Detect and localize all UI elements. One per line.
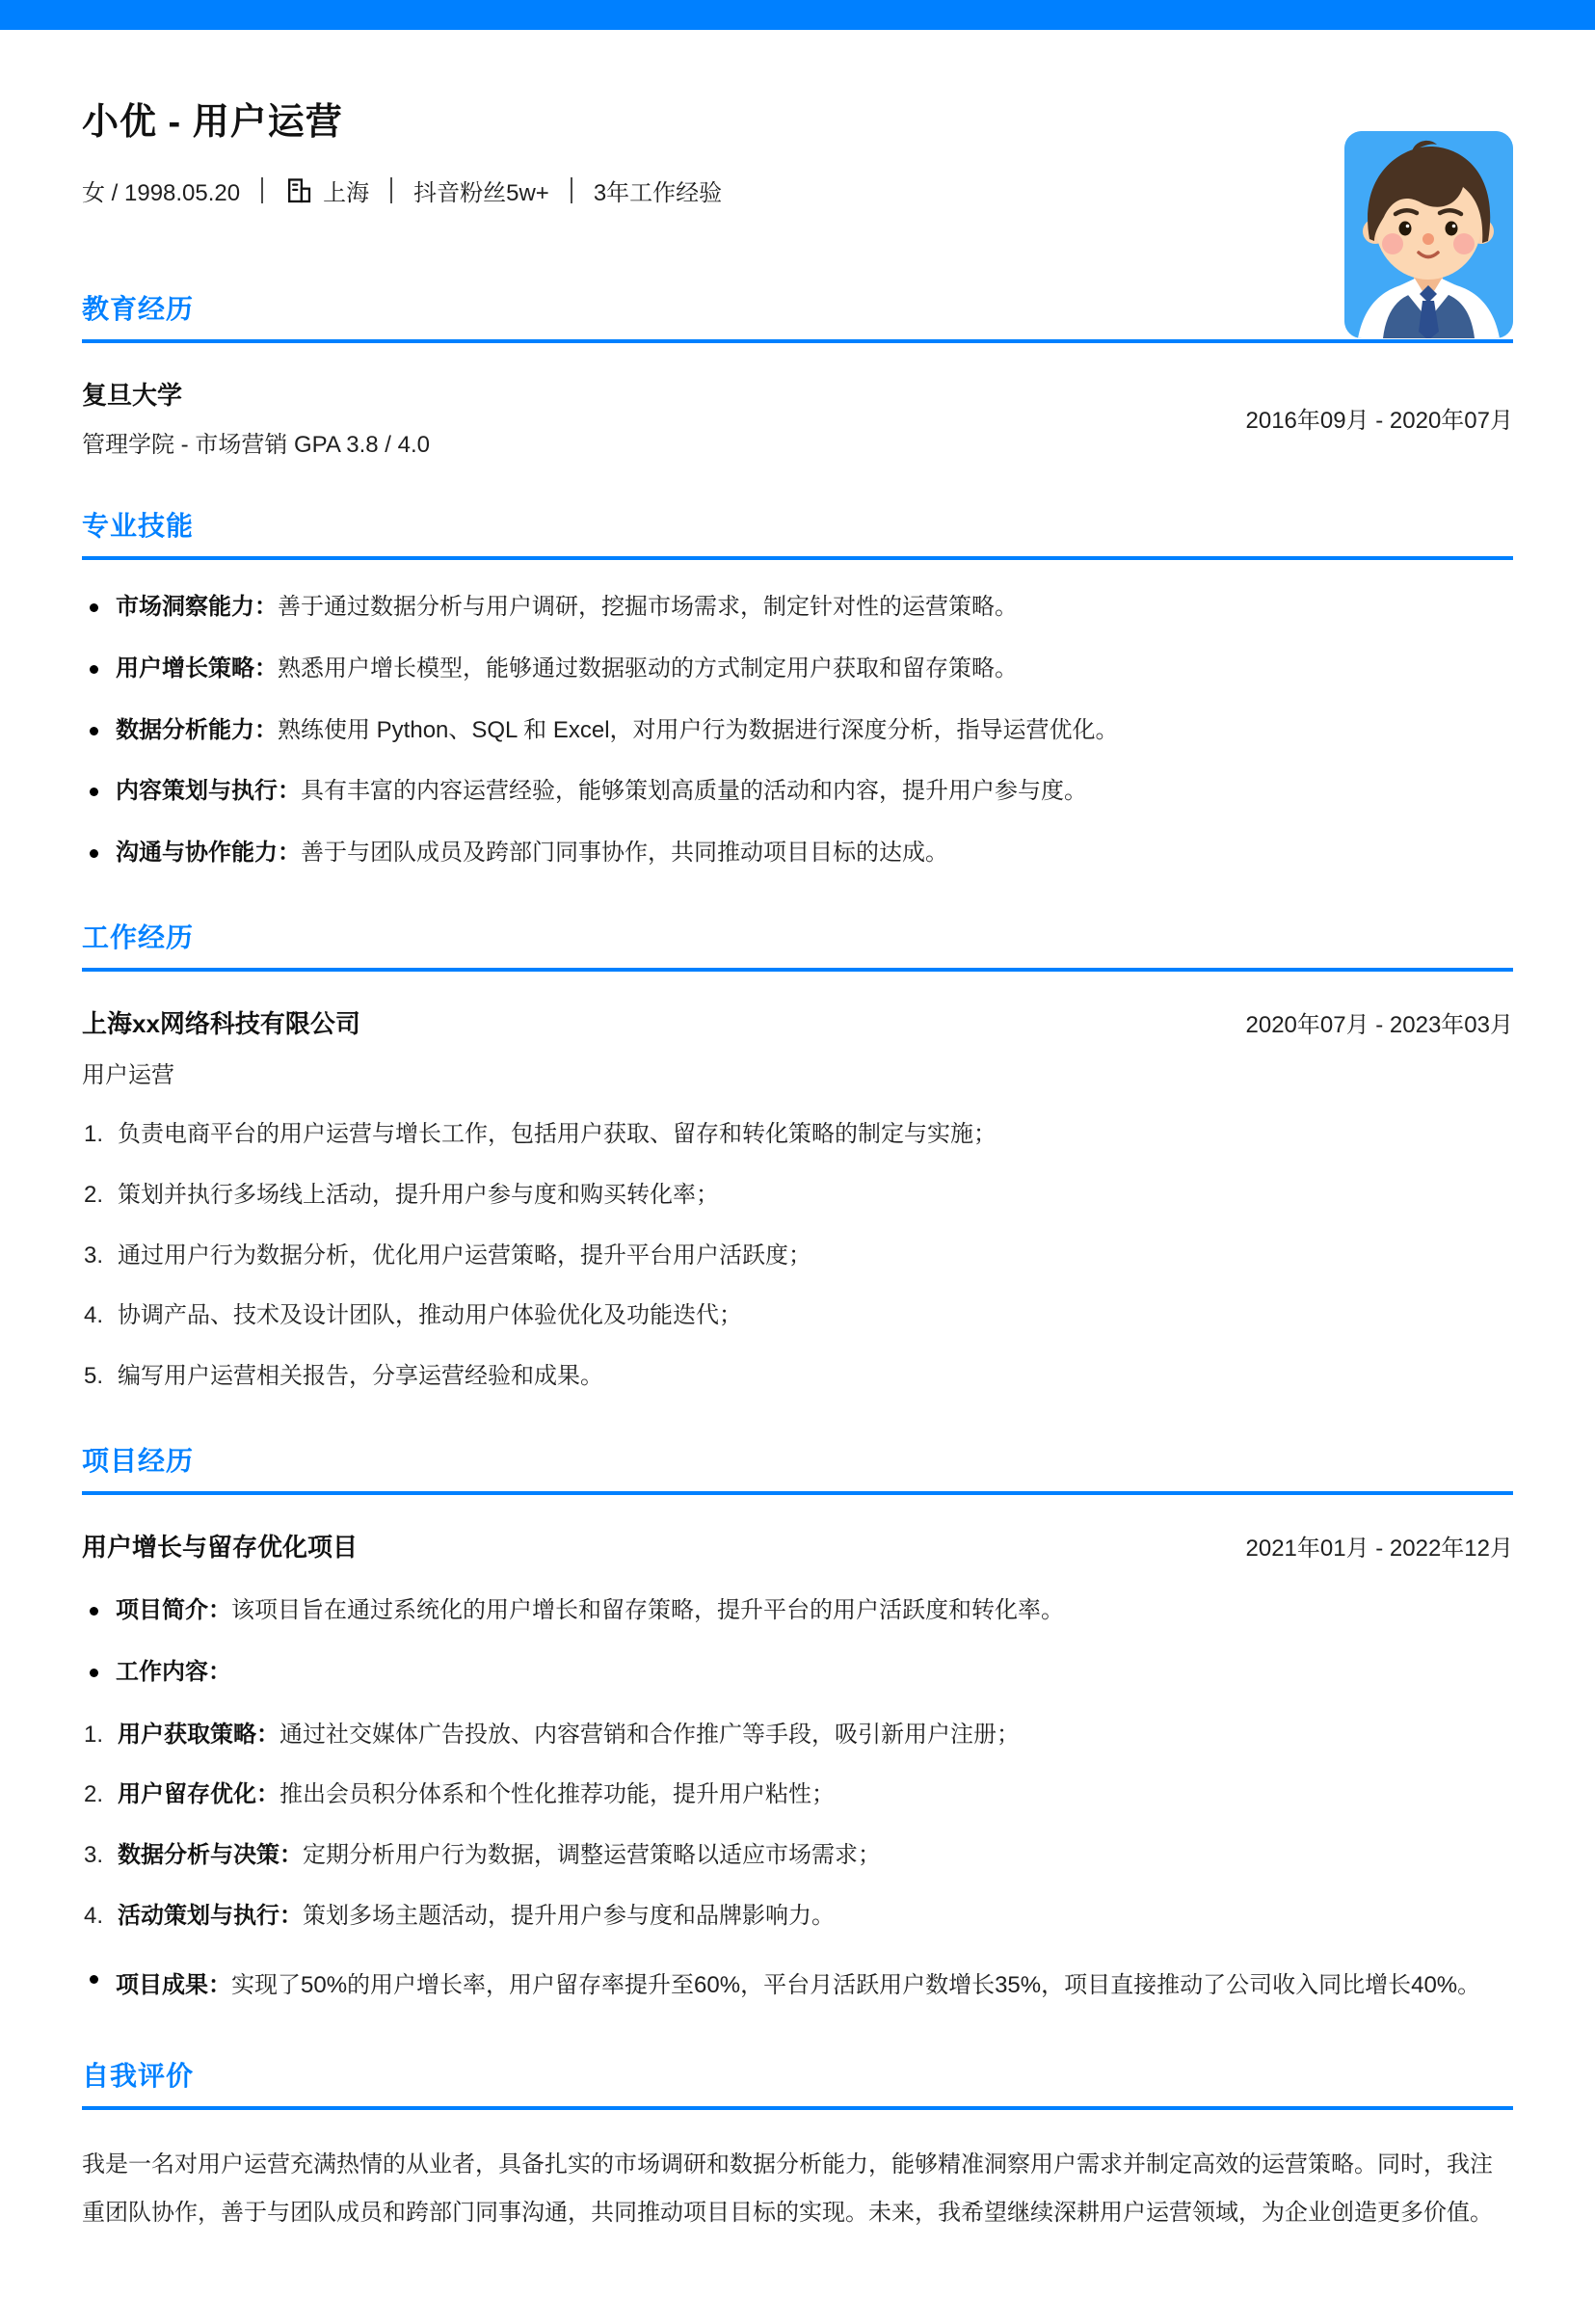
task-item: 活动策划与执行：策划多场主题活动，提升用户参与度和品牌影响力。 [82, 1900, 1513, 1934]
education-entry: 复旦大学 管理学院 - 市场营销 GPA 3.8 / 4.0 [82, 376, 430, 459]
divider [390, 177, 392, 203]
personal-info-row: 女 / 1998.05.20 上海 抖音粉丝5w+ 3年工作经验 [82, 174, 1513, 207]
project-name: 用户增长与留存优化项目 [82, 1528, 358, 1563]
project-result-list: 项目成果：实现了50%的用户增长率，用户留存率提升至60%，平台月活跃用户数增长… [82, 1963, 1513, 2009]
top-accent-bar [0, 0, 1595, 30]
section-title-skills: 专业技能 [82, 505, 1513, 560]
duty-item: 协调产品、技术及设计团队，推动用户体验优化及功能迭代； [82, 1299, 1513, 1333]
resume-page: 小优 - 用户运营 女 / 1998.05.20 上海 抖音粉丝5w+ 3年工作… [0, 92, 1595, 2324]
company-name: 上海xx网络科技有限公司 [82, 1004, 360, 1040]
info-experience: 3年工作经验 [594, 174, 722, 207]
work-date: 2020年07月 - 2023年03月 [1246, 1005, 1514, 1039]
duty-item: 编写用户运营相关报告，分享运营经验和成果。 [82, 1360, 1513, 1394]
info-location-label: 上海 [323, 174, 369, 207]
bullet-icon [90, 665, 98, 674]
duty-item: 策划并执行多场线上活动，提升用户参与度和购买转化率； [82, 1179, 1513, 1213]
project-content-heading: 工作内容： [82, 1656, 1513, 1690]
bullet-icon [90, 727, 98, 735]
section-education: 教育经历 复旦大学 管理学院 - 市场营销 GPA 3.8 / 4.0 2016… [82, 288, 1513, 459]
bullet-icon [90, 788, 98, 796]
section-project: 项目经历 用户增长与留存优化项目 2021年01月 - 2022年12月 项目简… [82, 1440, 1513, 2009]
section-evaluation: 自我评价 我是一名对用户运营充满热情的从业者，具备扎实的市场调研和数据分析能力，… [82, 2055, 1513, 2237]
info-basic: 女 / 1998.05.20 [82, 174, 240, 207]
school-name: 复旦大学 [82, 376, 430, 412]
info-location: 上海 [284, 174, 369, 207]
profile-photo [1344, 131, 1513, 338]
skill-item: 沟通与协作能力：善于与团队成员及跨部门同事协作，共同推动项目目标的达成。 [82, 837, 1513, 870]
divider [261, 177, 263, 203]
section-skills: 专业技能 市场洞察能力：善于通过数据分析与用户调研，挖掘市场需求，制定针对性的运… [82, 505, 1513, 870]
skill-item: 内容策划与执行：具有丰富的内容运营经验，能够策划高质量的活动和内容，提升用户参与… [82, 775, 1513, 809]
section-title-work: 工作经历 [82, 917, 1513, 972]
duty-item: 负责电商平台的用户运营与增长工作，包括用户获取、留存和转化策略的制定与实施； [82, 1118, 1513, 1152]
skill-item: 市场洞察能力：善于通过数据分析与用户调研，挖掘市场需求，制定针对性的运营策略。 [82, 591, 1513, 625]
duty-item: 通过用户行为数据分析，优化用户运营策略，提升平台用户活跃度； [82, 1240, 1513, 1273]
bullet-icon [90, 1669, 98, 1677]
project-date: 2021年01月 - 2022年12月 [1246, 1529, 1514, 1563]
project-summary-list: 项目简介：该项目旨在通过系统化的用户增长和留存策略，提升平台的用户活跃度和转化率… [82, 1594, 1513, 1690]
candidate-name: 小优 - 用户运营 [82, 92, 1513, 145]
divider [571, 177, 572, 203]
project-tasks-list: 用户获取策略：通过社交媒体广告投放、内容营销和合作推广等手段，吸引新用户注册； … [82, 1719, 1513, 1934]
task-item: 用户获取策略：通过社交媒体广告投放、内容营销和合作推广等手段，吸引新用户注册； [82, 1719, 1513, 1752]
task-item: 用户留存优化：推出会员积分体系和个性化推荐功能，提升用户粘性； [82, 1778, 1513, 1812]
skill-item: 数据分析能力：熟练使用 Python、SQL 和 Excel，对用户行为数据进行… [82, 714, 1513, 748]
school-detail: 管理学院 - 市场营销 GPA 3.8 / 4.0 [82, 425, 430, 459]
task-item: 数据分析与决策：定期分析用户行为数据，调整运营策略以适应市场需求； [82, 1839, 1513, 1873]
project-result: 项目成果：实现了50%的用户增长率，用户留存率提升至60%，平台月活跃用户数增长… [82, 1963, 1513, 2009]
bullet-icon [90, 1975, 98, 1984]
job-title: 用户运营 [82, 1055, 1513, 1089]
project-intro: 项目简介：该项目旨在通过系统化的用户增长和留存策略，提升平台的用户活跃度和转化率… [82, 1594, 1513, 1628]
building-icon [284, 176, 313, 205]
bullet-icon [90, 603, 98, 612]
bullet-icon [90, 849, 98, 858]
section-work: 工作经历 上海xx网络科技有限公司 2020年07月 - 2023年03月 用户… [82, 917, 1513, 1394]
evaluation-text: 我是一名对用户运营充满热情的从业者，具备扎实的市场调研和数据分析能力，能够精准洞… [82, 2141, 1513, 2237]
section-title-education: 教育经历 [82, 288, 1513, 343]
skills-list: 市场洞察能力：善于通过数据分析与用户调研，挖掘市场需求，制定针对性的运营策略。 … [82, 591, 1513, 870]
work-duties-list: 负责电商平台的用户运营与增长工作，包括用户获取、留存和转化策略的制定与实施； 策… [82, 1118, 1513, 1394]
skill-item: 用户增长策略：熟悉用户增长模型，能够通过数据驱动的方式制定用户获取和留存策略。 [82, 653, 1513, 686]
info-fans: 抖音粉丝5w+ [413, 174, 549, 207]
bullet-icon [90, 1607, 98, 1616]
section-title-evaluation: 自我评价 [82, 2055, 1513, 2110]
section-title-project: 项目经历 [82, 1440, 1513, 1495]
education-date: 2016年09月 - 2020年07月 [1246, 401, 1514, 435]
